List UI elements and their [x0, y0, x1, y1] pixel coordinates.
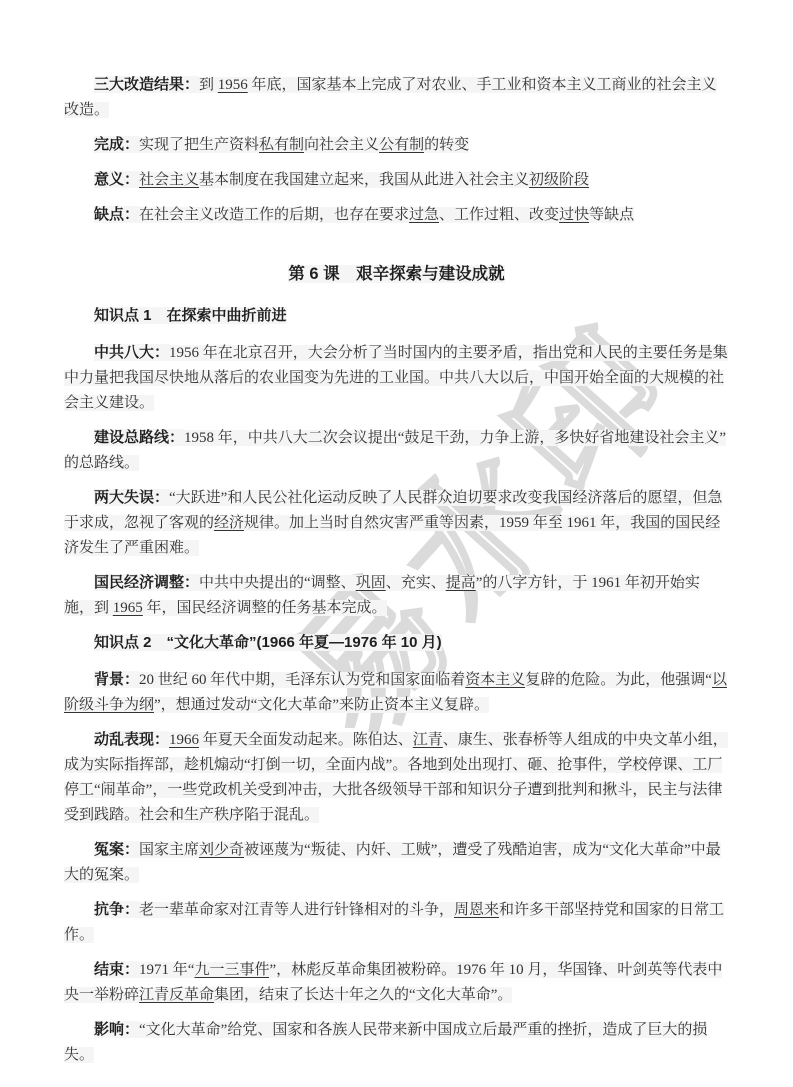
paragraph-label: 抗争： — [94, 901, 139, 918]
doc-paragraph: 动乱表现：1966 年夏天全面发动起来。陈伯达、江青、康生、张春桥等人组成的中央… — [64, 727, 729, 828]
doc-paragraph: 建设总路线：1958 年，中共八大二次会议提出“鼓足干劲，力争上游，多快好省地建… — [64, 425, 729, 476]
underlined-term: 1966 — [169, 732, 199, 748]
underlined-term: 刘少奇 — [199, 842, 244, 858]
text-run: 年，国民经济调整的任务基本完成。 — [143, 600, 387, 616]
text-run: 国家主席 — [139, 842, 199, 858]
underlined-term: 周恩来 — [454, 902, 499, 918]
text-run: 、充实、 — [386, 575, 446, 591]
paragraph-label: 国民经济调整： — [94, 574, 199, 591]
doc-paragraph: 三大改造结果：到 1956 年底，国家基本上完成了对农业、手工业和资本主义工商业… — [64, 72, 729, 123]
paragraph-label: 动乱表现： — [94, 731, 169, 748]
paragraph-label: 三大改造结果： — [94, 76, 199, 93]
text-run: 向社会主义 — [304, 137, 379, 153]
underlined-term: 1956 — [218, 77, 248, 93]
text-run: ”，想通过发动“文化大革命”来防止资本主义复辟。 — [154, 697, 489, 713]
doc-paragraph: 中共八大：1956 年在北京召开，大会分析了当时国内的主要矛盾，指出党和人民的主… — [64, 340, 729, 416]
text-run: 老一辈革命家对江青等人进行针锋相对的斗争， — [139, 902, 454, 918]
underlined-term: 过急 — [409, 207, 439, 223]
text-run: 1971 年“ — [139, 962, 194, 978]
text-run: 实现了把生产资料 — [139, 137, 259, 153]
text-run: 到 — [199, 77, 218, 93]
paragraph-label: 缺点： — [94, 206, 139, 223]
knowledge-point-heading: 知识点 1 在探索中曲折前进 — [64, 303, 729, 328]
knowledge-point-heading: 知识点 2 “文化大革命”(1966 年夏—1976 年 10 月) — [64, 630, 729, 655]
underlined-term: 私有制 — [259, 137, 304, 153]
doc-paragraph: 背景：20 世纪 60 年代中期，毛泽东认为党和国家面临着资本主义复辟的危险。为… — [64, 667, 729, 718]
underlined-term: 九一三事件 — [194, 962, 269, 978]
doc-paragraph: 两大失误：“大跃进”和人民公社化运动反映了人民群众迫切要求改变我国经济落后的愿望… — [64, 485, 729, 561]
document-page: 易水印 三大改造结果：到 1956 年底，国家基本上完成了对农业、手工业和资本主… — [0, 0, 793, 1087]
text-run: 中共中央提出的“调整、 — [199, 575, 356, 591]
doc-paragraph: 影响：“文化大革命”给党、国家和各族人民带来新中国成立后最严重的挫折，造成了巨大… — [64, 1017, 729, 1068]
doc-paragraph: 国民经济调整：中共中央提出的“调整、巩固、充实、提高”的八字方针，于 1961 … — [64, 570, 729, 621]
text-run: 年夏天全面发动起来。陈伯达、 — [199, 732, 413, 748]
paragraph-label: 两大失误： — [94, 489, 169, 506]
doc-paragraph: 抗争：老一辈革命家对江青等人进行针锋相对的斗争，周恩来和许多干部坚持党和国家的日… — [64, 897, 729, 948]
text-run: 在社会主义改造工作的后期，也存在要求 — [139, 207, 409, 223]
text-run: 、工作过粗、改变 — [439, 207, 559, 223]
paragraph-label: 冤案： — [94, 841, 139, 858]
doc-paragraph: 缺点：在社会主义改造工作的后期，也存在要求过急、工作过粗、改变过快等缺点 — [64, 202, 729, 228]
underlined-term: 过快 — [559, 207, 589, 223]
underlined-term: 经济 — [214, 515, 244, 531]
document-body: 三大改造结果：到 1956 年底，国家基本上完成了对农业、手工业和资本主义工商业… — [64, 72, 729, 1068]
paragraph-label: 建设总路线： — [94, 429, 184, 446]
underlined-term: 1965 — [113, 600, 143, 616]
doc-paragraph: 意义：社会主义基本制度在我国建立起来，我国从此进入社会主义初级阶段 — [64, 167, 729, 193]
text-run: 20 世纪 60 年代中期，毛泽东认为党和国家面临着 — [139, 672, 465, 688]
paragraph-label: 背景： — [94, 671, 139, 688]
underlined-term: 巩固 — [356, 575, 386, 591]
paragraph-label: 影响： — [94, 1021, 139, 1038]
paragraph-label: 知识点 1 在探索中曲折前进 — [94, 307, 287, 324]
underlined-term: 初级阶段 — [529, 172, 589, 188]
paragraph-label: 意义： — [94, 171, 139, 188]
doc-paragraph: 冤案：国家主席刘少奇被诬蔑为“叛徒、内奸、工贼”，遭受了残酷迫害，成为“文化大革… — [64, 837, 729, 888]
paragraph-label: 完成： — [94, 136, 139, 153]
text-run: 复辟的危险。为此，他强调“ — [525, 672, 712, 688]
paragraph-label: 结束： — [94, 961, 139, 978]
text-run: “文化大革命”给党、国家和各族人民带来新中国成立后最严重的挫折，造成了巨大的损失… — [64, 1022, 707, 1063]
underlined-term: 江青反革命 — [139, 987, 214, 1003]
doc-paragraph: 完成：实现了把生产资料私有制向社会主义公有制的转变 — [64, 132, 729, 158]
underlined-term: 社会主义 — [139, 172, 199, 188]
underlined-term: 资本主义 — [465, 672, 525, 688]
paragraph-label: 中共八大： — [94, 344, 169, 361]
paragraph-label: 第 6 课 艰辛探索与建设成就 — [288, 265, 504, 283]
doc-paragraph: 结束：1971 年“九一三事件”，林彪反革命集团被粉碎。1976 年 10 月，… — [64, 957, 729, 1008]
text-run: 基本制度在我国建立起来，我国从此进入社会主义 — [199, 172, 529, 188]
text-run: 的转变 — [424, 137, 469, 153]
paragraph-label: 知识点 2 “文化大革命”(1966 年夏—1976 年 10 月) — [94, 634, 442, 651]
lesson-title: 第 6 课 艰辛探索与建设成就 — [64, 262, 729, 287]
underlined-term: 提高 — [446, 575, 476, 591]
underlined-term: 江青 — [413, 732, 443, 748]
text-run: 等缺点 — [589, 207, 634, 223]
underlined-term: 公有制 — [379, 137, 424, 153]
text-run: 集团，结束了长达十年之久的“文化大革命”。 — [214, 987, 512, 1003]
